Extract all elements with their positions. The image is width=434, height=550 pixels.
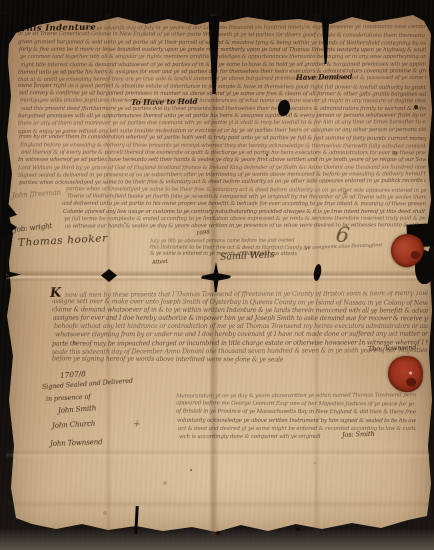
seal-blemish [410,251,420,260]
handwriting-line: In witnesse whereof ye sd parties have h… [18,157,426,164]
handwriting-line: as witnesse our hands & seales ye day & … [18,223,426,232]
date-1707-8: 1707/8 [60,369,86,380]
seal-highlight [409,371,412,374]
indenture-body-text: made ye seventh day of July in ye yeare … [18,25,426,233]
photograph-background: made ye seventh day of July in ye yeare … [0,0,434,550]
townsend-signature: Tho: Townsend [368,343,417,353]
handwriting-line: of Bristoll in ye Province of ye Massach… [176,408,416,417]
assignment-body-text: now all men by these presents that I Tho… [52,291,428,365]
indenture-opening-words: This Indenture [20,23,96,34]
witness-ink-mark: + [132,419,141,430]
memorandum-block: Memorandum yt on ye day & yeare abovewri… [176,392,416,442]
handwriting-line: ye common land together wth all & singul… [18,54,426,61]
foxing-speckles [4,12,6,14]
memorandum-justice-signature: Jos: Smith [342,430,375,439]
handwriting-line: act & deed and desired yt ye same might … [176,425,416,433]
seal-blemish [406,377,417,387]
attestation-attest-word: Attest [152,259,168,266]
handwriting-line: wch is accordingly done & compared wth y… [176,433,323,441]
habendum-phrase: To Have to Hold [131,97,198,107]
handwriting-line: before ye signing hereof ye words above … [52,355,285,364]
have-demised-phrase: Have Demised [296,72,352,82]
handwriting-line: voluntarily acknowledge ye above written… [176,416,416,425]
